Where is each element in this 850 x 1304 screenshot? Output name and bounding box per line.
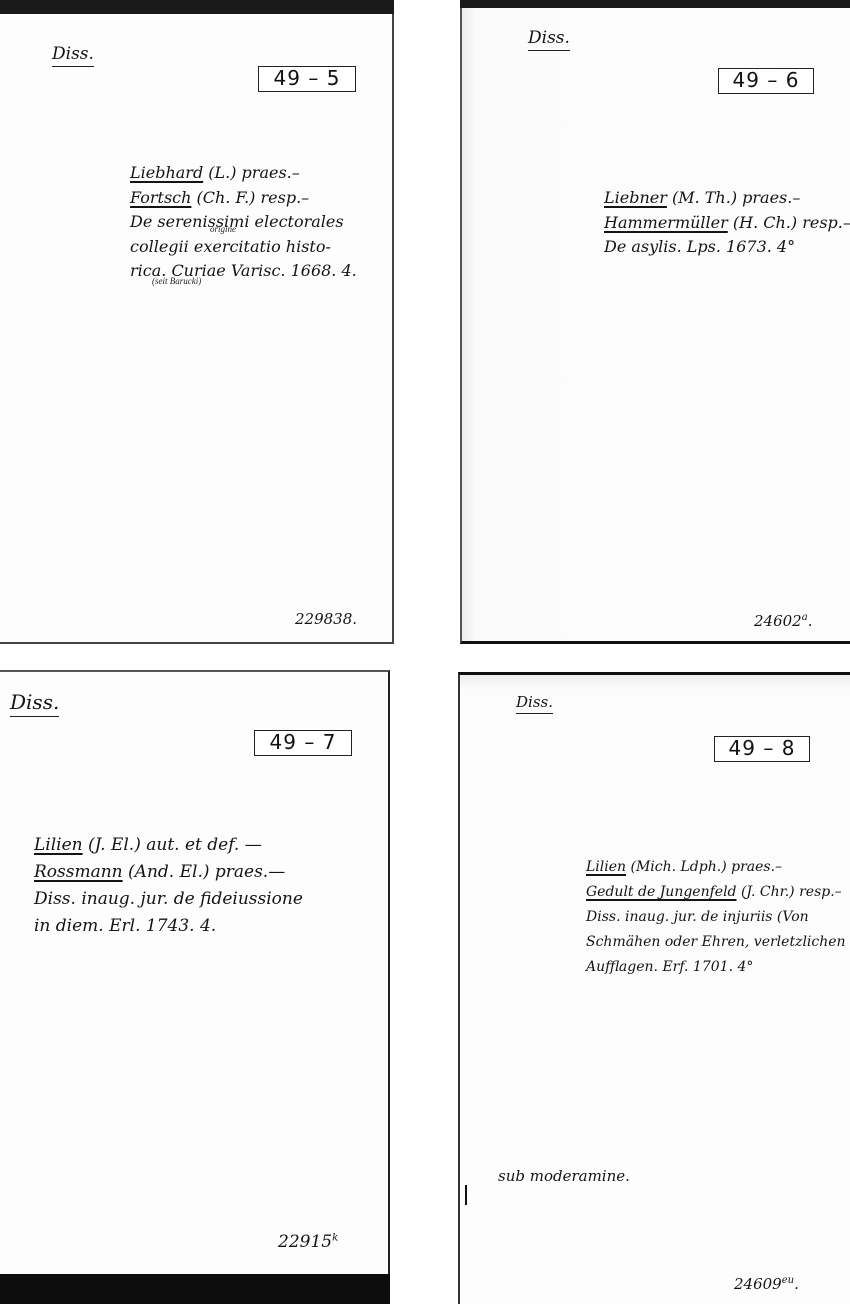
catalog-card-49-6: Diss. 49 – 6 Liebner (M. Th.) praes.– Ha…	[460, 8, 850, 644]
section-label: Diss.	[52, 44, 94, 67]
entry-line: Liebner (M. Th.) praes.–	[604, 186, 850, 211]
bibliographic-entry: Lilien (J. El.) aut. et def. — Rossmann …	[34, 832, 303, 940]
scan-edge-top-right	[460, 0, 850, 8]
entry-line: in diem. Erl. 1743. 4.	[34, 913, 303, 940]
call-number: 49 – 6	[718, 68, 814, 94]
bibliographic-entry: Liebner (M. Th.) praes.– Hammermüller (H…	[604, 186, 850, 260]
entry-line: Gedult de Jungenfeld (J. Chr.) resp.–	[586, 880, 846, 905]
respondent-name: Gedult de Jungenfeld	[586, 884, 737, 900]
accession-number: 22915k	[278, 1232, 338, 1252]
section-label: Diss.	[516, 693, 553, 714]
section-label: Diss.	[528, 28, 570, 51]
entry-line: Lilien (Mich. Ldph.) praes.–	[586, 855, 846, 880]
entry-line: Lilien (J. El.) aut. et def. —	[34, 832, 303, 859]
author-name: Lilien	[34, 835, 83, 855]
bibliographic-entry: Lilien (Mich. Ldph.) praes.– Gedult de J…	[586, 855, 846, 980]
entry-line: Schmähen oder Ehren, verletzlichen	[586, 930, 846, 955]
margin-mark	[465, 1185, 467, 1205]
pencil-note: sub moderamine.	[498, 1167, 630, 1185]
entry-line: De asylis. Lps. 1673. 4°	[604, 235, 850, 260]
entry-line: collegii exercitatio histo-	[130, 235, 357, 260]
accession-number: 229838.	[295, 610, 357, 628]
respondent-name: Fortsch	[130, 188, 191, 207]
bibliographic-entry: Liebhard (L.) praes.– Fortsch (Ch. F.) r…	[130, 161, 357, 284]
catalog-card-49-7: Diss. 49 – 7 Lilien (J. El.) aut. et def…	[0, 670, 390, 1274]
praeses-name: Rossmann	[34, 862, 123, 882]
entry-line: Diss. inaug. jur. de injuriis (Von	[586, 905, 846, 930]
entry-line: Rossmann (And. El.) praes.—	[34, 859, 303, 886]
section-label: Diss.	[10, 690, 59, 717]
entry-line: Hammermüller (H. Ch.) resp.–	[604, 211, 850, 236]
call-number: 49 – 7	[254, 730, 352, 756]
entry-line: rica. Curiae Varisc. 1668. 4.	[130, 259, 357, 284]
scan-edge-bottom-left	[0, 1274, 390, 1304]
catalog-card-49-5: Diss. 49 – 5 origine (seit Barucki) Lieb…	[0, 14, 394, 644]
accession-number: 24609eu.	[734, 1275, 799, 1293]
praeses-name: Lilien	[586, 859, 626, 875]
author-name: Liebner	[604, 188, 667, 207]
respondent-name: Hammermüller	[604, 213, 728, 232]
entry-line: De serenissimi electorales	[130, 210, 357, 235]
call-number: 49 – 8	[714, 736, 810, 762]
accession-number: 24602a.	[754, 612, 812, 630]
catalog-card-49-8: Diss. 49 – 8 Lilien (Mich. Ldph.) praes.…	[458, 672, 850, 1304]
scan-edge-top-left	[0, 0, 394, 14]
entry-line: Liebhard (L.) praes.–	[130, 161, 357, 186]
call-number: 49 – 5	[258, 66, 356, 92]
entry-line: Aufflagen. Erf. 1701. 4°	[586, 955, 846, 980]
entry-line: Fortsch (Ch. F.) resp.–	[130, 186, 357, 211]
author-name: Liebhard	[130, 163, 203, 182]
entry-line: Diss. inaug. jur. de fideiussione	[34, 886, 303, 913]
